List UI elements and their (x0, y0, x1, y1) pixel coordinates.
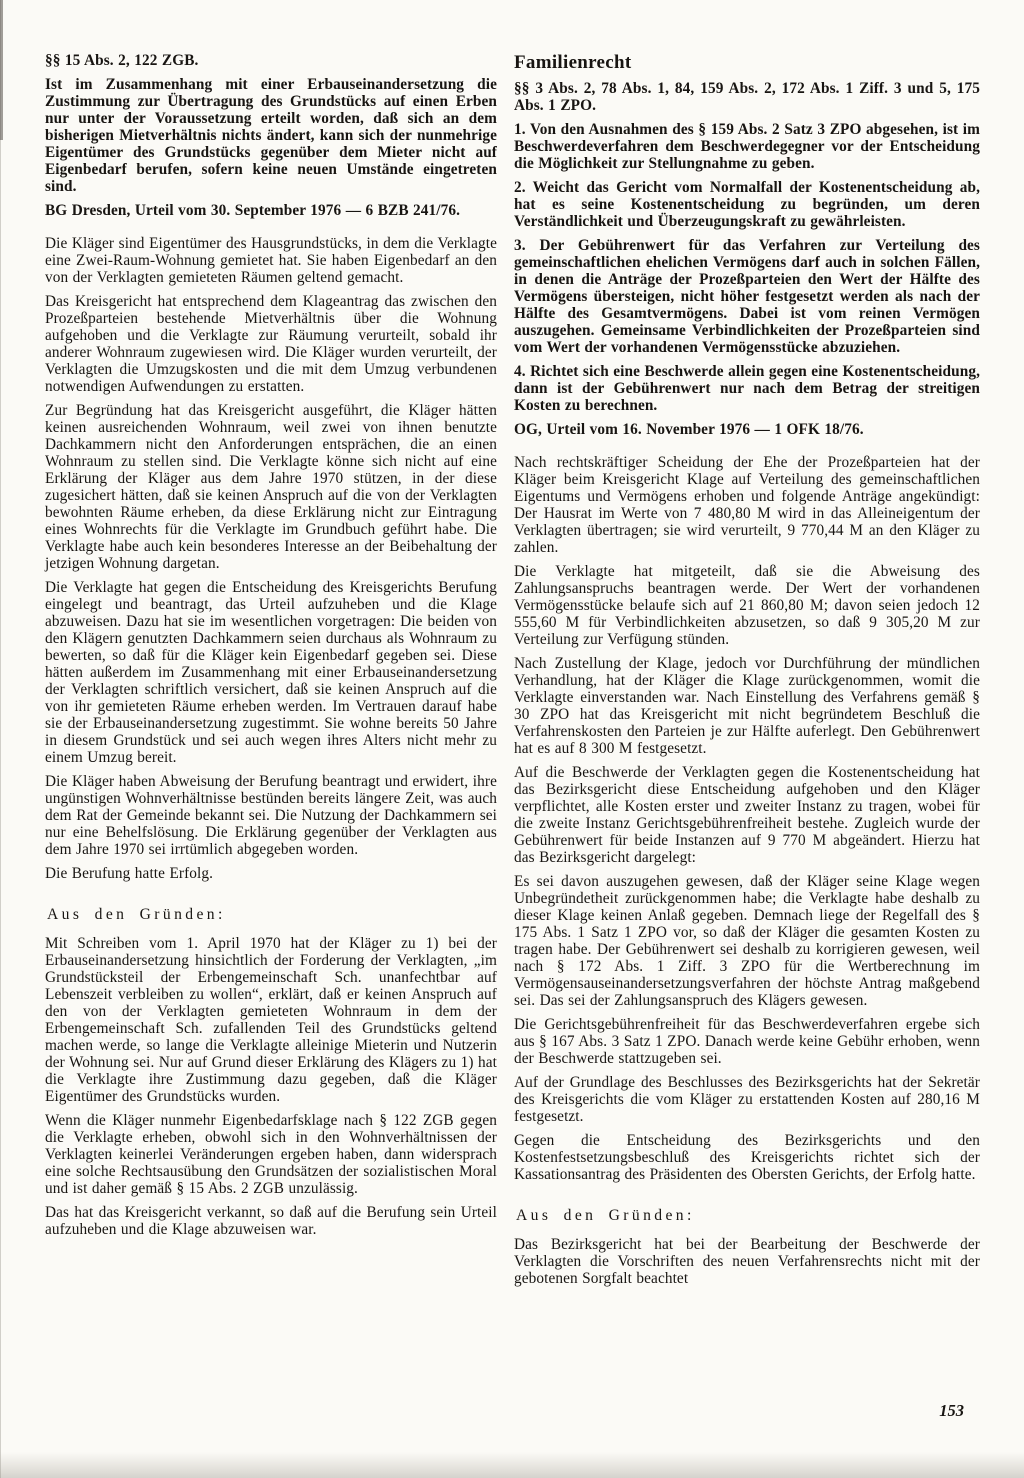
grounds-heading-left: Aus den Gründen: (47, 906, 497, 923)
statute-heading-left: §§ 15 Abs. 2, 122 ZGB. (45, 52, 497, 69)
facts-paragraph: Zur Begründung hat das Kreisgericht ausg… (45, 402, 497, 572)
grounds-paragraph: Das hat das Kreisgericht verkannt, so da… (45, 1204, 497, 1238)
scan-edge-line (0, 0, 1, 1478)
left-column: §§ 15 Abs. 2, 122 ZGB. Ist im Zusammenha… (45, 52, 497, 1294)
facts-paragraph: Auf der Grundlage des Beschlusses des Be… (514, 1074, 980, 1125)
facts-paragraph: Nach Zustellung der Klage, jedoch vor Du… (514, 655, 980, 757)
journal-page: §§ 15 Abs. 2, 122 ZGB. Ist im Zusammenha… (0, 0, 1024, 1478)
court-reference-right: OG, Urteil vom 16. November 1976 — 1 OFK… (514, 421, 980, 438)
headnote-item: 4. Richtet sich eine Beschwerde allein g… (514, 363, 980, 414)
facts-paragraph: Die Berufung hatte Erfolg. (45, 865, 497, 882)
right-column: Familienrecht §§ 3 Abs. 2, 78 Abs. 1, 84… (514, 52, 980, 1294)
facts-paragraph: Auf die Beschwerde der Verklagten gegen … (514, 764, 980, 866)
facts-paragraph: Nach rechtskräftiger Scheidung der Ehe d… (514, 454, 980, 556)
facts-paragraph: Das Kreisgericht hat entsprechend dem Kl… (45, 293, 497, 395)
headnote-item: 1. Von den Ausnahmen des § 159 Abs. 2 Sa… (514, 121, 980, 172)
headnote-item: 2. Weicht das Gericht vom Normalfall der… (514, 179, 980, 230)
scan-edge-mark (0, 0, 3, 140)
facts-paragraph: Gegen die Entscheidung des Bezirksgerich… (514, 1132, 980, 1183)
two-column-layout: §§ 15 Abs. 2, 122 ZGB. Ist im Zusammenha… (0, 0, 1024, 1294)
grounds-heading-right: Aus den Gründen: (516, 1207, 980, 1224)
statute-heading-right: §§ 3 Abs. 2, 78 Abs. 1, 84, 159 Abs. 2, … (514, 80, 980, 114)
facts-paragraph: Die Kläger haben Abweisung der Berufung … (45, 773, 497, 858)
facts-paragraph: Die Verklagte hat mitgeteilt, daß sie di… (514, 563, 980, 648)
grounds-paragraph: Wenn die Kläger nunmehr Eigenbedarfsklag… (45, 1112, 497, 1197)
facts-paragraph: Es sei davon auszugehen gewesen, daß der… (514, 873, 980, 1009)
facts-paragraph: Die Verklagte hat gegen die Entscheidung… (45, 579, 497, 766)
facts-paragraph: Die Kläger sind Eigentümer des Hausgrund… (45, 235, 497, 286)
grounds-paragraph: Mit Schreiben vom 1. April 1970 hat der … (45, 935, 497, 1105)
facts-paragraph: Die Gerichtsgebührenfreiheit für das Bes… (514, 1016, 980, 1067)
page-number: 153 (939, 1401, 964, 1421)
grounds-paragraph: Das Bezirksgericht hat bei der Bearbeitu… (514, 1236, 980, 1287)
headnote-item: 3. Der Gebührenwert für das Verfahren zu… (514, 237, 980, 356)
section-heading-familienrecht: Familienrecht (514, 52, 980, 73)
scan-bottom-shadow (0, 1452, 1024, 1478)
headnote-left: Ist im Zusammenhang mit einer Erbauseina… (45, 76, 497, 195)
court-reference-left: BG Dresden, Urteil vom 30. September 197… (45, 202, 497, 219)
